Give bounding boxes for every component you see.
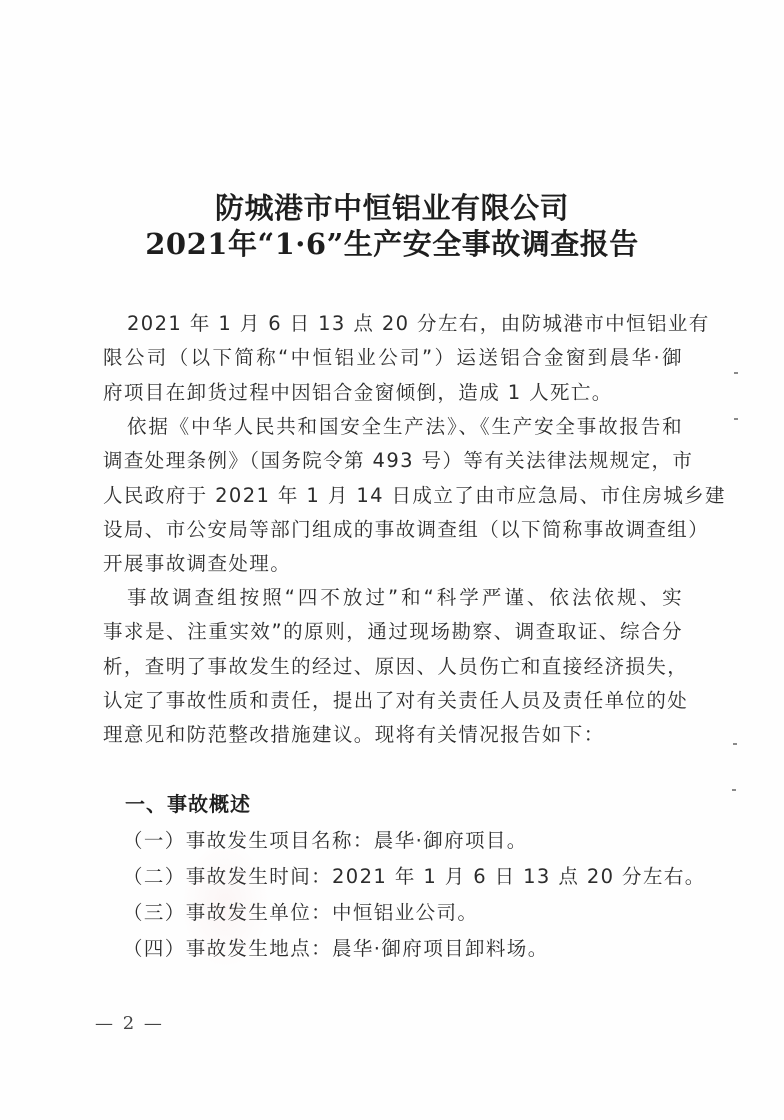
margin-mark: [732, 789, 736, 791]
margin-mark: [733, 743, 737, 745]
paragraph-line: 开展事故调查处理。: [103, 547, 683, 581]
paragraph-line: 依据《中华人民共和国安全生产法》、《生产安全事故报告和: [103, 410, 683, 444]
paragraph-line: 析，查明了事故发生的经过、原因、人员伤亡和直接经济损失，: [103, 650, 683, 684]
paragraph-line: 府项目在卸货过程中因铝合金窗倾倒，造成 1 人死亡。: [103, 376, 683, 410]
paragraph-3: 事故调查组按照“四不放过”和“科学严谨、依法依规、实 事求是、注重实效”的原则，…: [103, 581, 683, 752]
paragraph-line: 2021 年 1 月 6 日 13 点 20 分左右，由防城港市中恒铝业有: [103, 307, 683, 341]
list-item: （二）事故发生时间：2021 年 1 月 6 日 13 点 20 分左右。: [123, 859, 706, 895]
page-number: — 2 —: [95, 1013, 164, 1034]
paragraph-line: 设局、市公安局等部门组成的事故调查组（以下简称事故调查组）: [103, 513, 683, 547]
margin-mark: [734, 372, 738, 374]
paragraph-line: 理意见和防范整改措施建议。现将有关情况报告如下：: [103, 718, 683, 752]
list-item: （四）事故发生地点：晨华·御府项目卸料场。: [123, 931, 706, 967]
document-title-line-2: 2021年“1·6”生产安全事故调查报告: [0, 226, 784, 262]
overview-list: （一）事故发生项目名称：晨华·御府项目。 （二）事故发生时间：2021 年 1 …: [123, 823, 706, 967]
paragraph-2: 依据《中华人民共和国安全生产法》、《生产安全事故报告和 调查处理条例》（国务院令…: [103, 410, 683, 581]
paragraph-line: 调查处理条例》（国务院令第 493 号）等有关法律法规规定，市: [103, 444, 683, 478]
list-item: （三）事故发生单位：中恒铝业公司。: [123, 895, 706, 931]
document-page: 防城港市中恒铝业有限公司 2021年“1·6”生产安全事故调查报告 2021 年…: [0, 0, 784, 1120]
section-heading: 一、事故概述: [125, 788, 251, 817]
paragraph-line: 事故调查组按照“四不放过”和“科学严谨、依法依规、实: [103, 581, 683, 615]
paragraph-line: 事求是、注重实效”的原则，通过现场勘察、调查取证、综合分: [103, 615, 683, 649]
document-title-line-1: 防城港市中恒铝业有限公司: [0, 190, 784, 226]
paragraph-line: 人民政府于 2021 年 1 月 14 日成立了由市应急局、市住房城乡建: [103, 479, 683, 513]
margin-mark: [734, 418, 738, 420]
list-item: （一）事故发生项目名称：晨华·御府项目。: [123, 823, 706, 859]
paragraph-line: 认定了事故性质和责任，提出了对有关责任人员及责任单位的处: [103, 684, 683, 718]
paragraph-1: 2021 年 1 月 6 日 13 点 20 分左右，由防城港市中恒铝业有 限公…: [103, 307, 683, 410]
paragraph-line: 限公司（以下简称“中恒铝业公司”）运送铝合金窗到晨华·御: [103, 341, 683, 375]
